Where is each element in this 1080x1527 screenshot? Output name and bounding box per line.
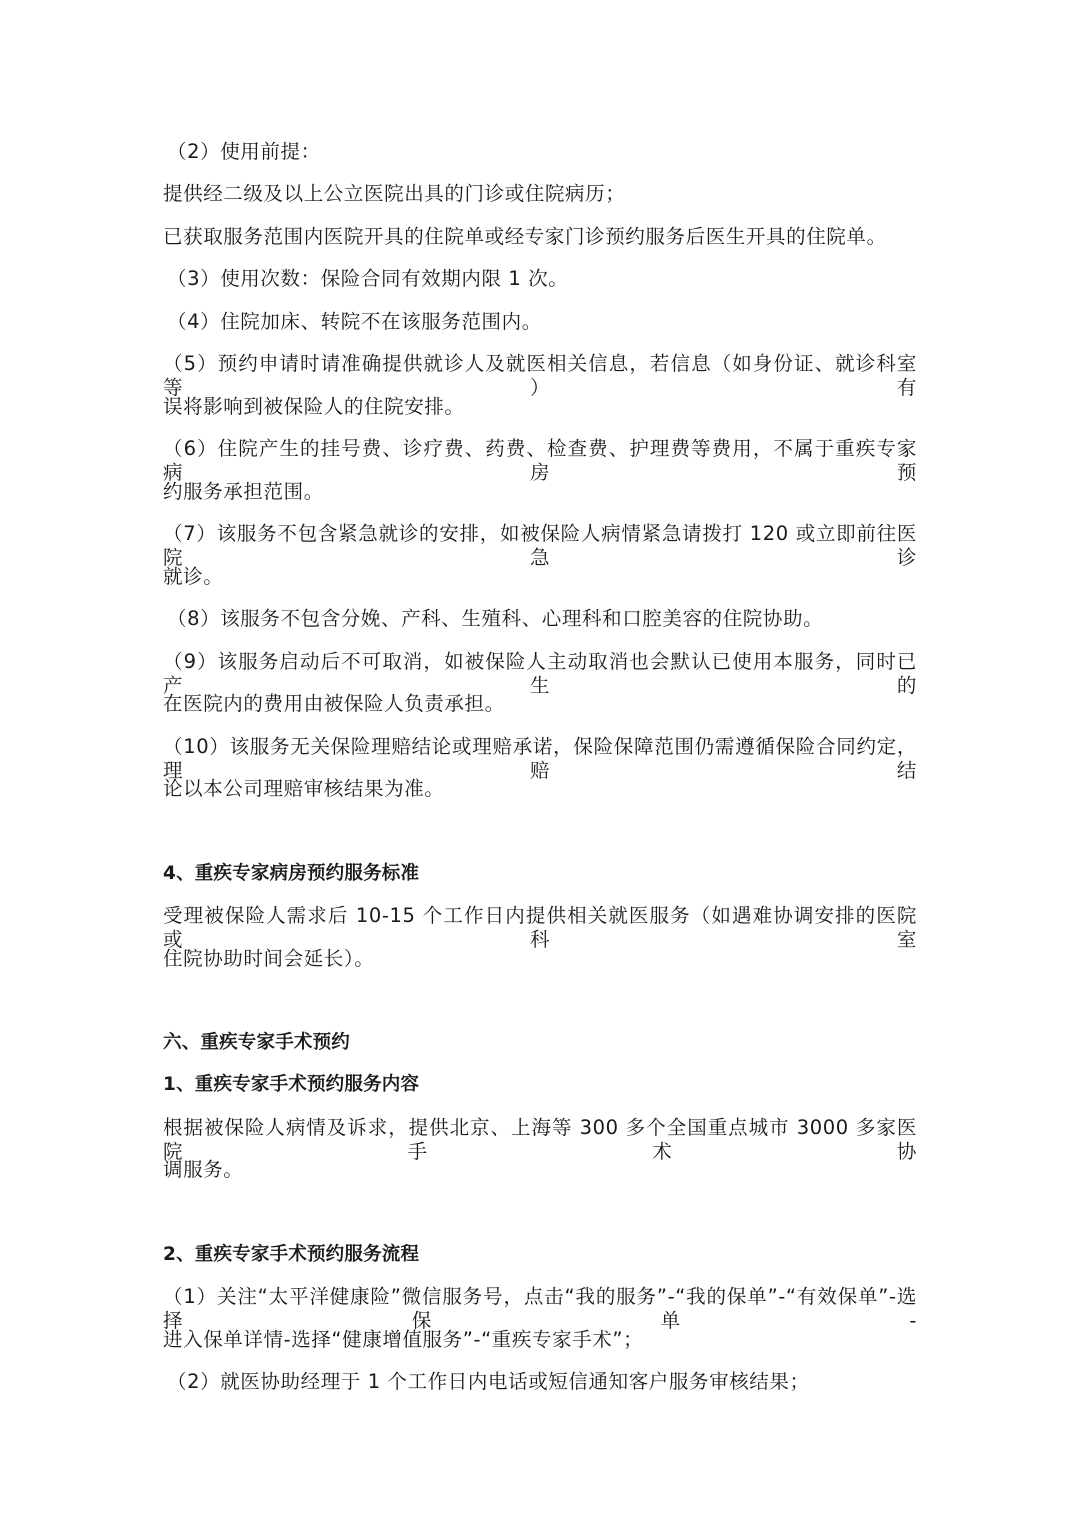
prerequisite-line-2: 已获取服务范围内医院开具的住院单或经专家门诊预约服务后医生开具的住院单。 bbox=[163, 225, 887, 249]
prerequisites-heading: （2）使用前提： bbox=[167, 140, 321, 164]
surgery-content-line-2: 调服务。 bbox=[163, 1158, 243, 1182]
process-step-1-line-2: 进入保单详情-选择“健康增值服务”-“重疾专家手术”； bbox=[163, 1328, 643, 1352]
process-step-2: （2）就医协助经理于 1 个工作日内电话或短信通知客户服务审核结果； bbox=[167, 1370, 810, 1394]
note-6-line-1: （6）住院产生的挂号费、诊疗费、药费、检查费、护理费等费用，不属于重疾专家病房预 bbox=[163, 437, 917, 485]
note-8: （8）该服务不包含分娩、产科、生殖科、心理科和口腔美容的住院协助。 bbox=[167, 607, 823, 631]
surgery-content-line-1: 根据被保险人病情及诉求，提供北京、上海等 300 多个全国重点城市 3000 多… bbox=[163, 1116, 917, 1164]
note-10-line-1: （10）该服务无关保险理赔结论或理赔承诺，保险保障范围仍需遵循保险合同约定，理赔… bbox=[163, 735, 917, 783]
surgery-process-heading: 2、重疾专家手术预约服务流程 bbox=[163, 1243, 419, 1267]
note-4: （4）住院加床、转院不在该服务范围内。 bbox=[167, 310, 542, 334]
process-step-1-line-1: （1）关注“太平洋健康险”微信服务号，点击“我的服务”-“我的保单”-“有效保单… bbox=[163, 1285, 917, 1333]
section-heading-service-standard: 4、重疾专家病房预约服务标准 bbox=[163, 862, 419, 886]
service-standard-line-2: 住院协助时间会延长）。 bbox=[163, 947, 374, 971]
note-3: （3）使用次数：保险合同有效期内限 1 次。 bbox=[167, 267, 568, 291]
note-7-line-2: 就诊。 bbox=[163, 565, 223, 589]
note-10-line-2: 论以本公司理赔审核结果为准。 bbox=[163, 777, 444, 801]
note-6-line-2: 约服务承担范围。 bbox=[163, 480, 324, 504]
service-standard-line-1: 受理被保险人需求后 10-15 个工作日内提供相关就医服务（如遇难协调安排的医院… bbox=[163, 904, 917, 952]
section-six-heading: 六、重疾专家手术预约 bbox=[163, 1031, 350, 1055]
note-5-line-1: （5）预约申请时请准确提供就诊人及就医相关信息，若信息（如身份证、就诊科室等）有 bbox=[163, 352, 917, 400]
note-5-line-2: 误将影响到被保险人的住院安排。 bbox=[163, 395, 465, 419]
note-9-line-2: 在医院内的费用由被保险人负责承担。 bbox=[163, 692, 505, 716]
prerequisite-line-1: 提供经二级及以上公立医院出具的门诊或住院病历； bbox=[163, 182, 625, 206]
note-7-line-1: （7）该服务不包含紧急就诊的安排，如被保险人病情紧急请拨打 120 或立即前往医… bbox=[163, 522, 917, 570]
note-9-line-1: （9）该服务启动后不可取消，如被保险人主动取消也会默认已使用本服务，同时已产生的 bbox=[163, 650, 917, 698]
surgery-content-heading: 1、重疾专家手术预约服务内容 bbox=[163, 1073, 419, 1097]
